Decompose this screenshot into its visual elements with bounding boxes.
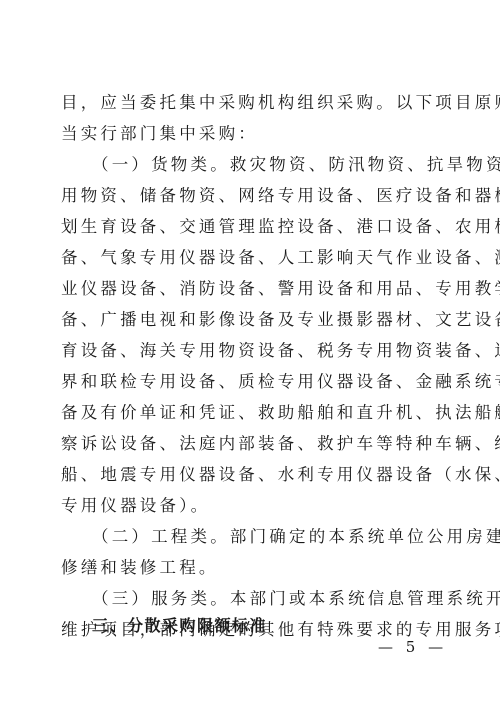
text-line: 当实行部门集中采购： xyxy=(61,124,441,144)
text-line: 专用仪器设备）。 xyxy=(61,496,441,516)
text-line: 察诉讼设备、法庭内部装备、救护车等特种车辆、缉私 xyxy=(61,434,441,454)
text-line: 界和联检专用设备、质检专用仪器设备、金融系统专用设 xyxy=(61,372,441,392)
text-line: 备、气象专用仪器设备、人工影响天气作业设备、测绘专 xyxy=(61,248,441,268)
text-line: 划生育设备、交通管理监控设备、港口设备、农用机械设 xyxy=(61,217,441,237)
goods-paragraph-first-line: （一）货物类。救灾物资、防汛物资、抗旱物资、农 xyxy=(92,155,441,175)
text-line: 船、地震专用仪器设备、水利专用仪器设备（水保、水文 xyxy=(61,465,441,485)
page-number: — 5 — xyxy=(378,638,447,656)
text-line: 目，应当委托集中采购机构组织采购。以下项目原则上应 xyxy=(61,93,441,113)
text-line: 修缮和装修工程。 xyxy=(61,558,441,578)
engineering-paragraph-first-line: （二）工程类。部门确定的本系统单位公用房建设及 xyxy=(92,527,441,547)
text-line: 育设备、海关专用物资设备、税务专用物资装备、边界勘 xyxy=(61,341,441,361)
text-line: 备及有价单证和凭证、救助船舶和直升机、执法船艇、检 xyxy=(61,403,441,423)
text-line: 用物资、储备物资、网络专用设备、医疗设备和器械、计 xyxy=(61,186,441,206)
section-heading: 三、分散采购限额标准 xyxy=(92,613,267,636)
document-page: 目，应当委托集中采购机构组织采购。以下项目原则上应 当实行部门集中采购： （一）… xyxy=(0,0,500,708)
services-paragraph-first-line: （三）服务类。本部门或本系统信息管理系统开发及 xyxy=(92,589,441,609)
text-line: 业仪器设备、消防设备、警用设备和用品、专用教学设 xyxy=(61,279,441,299)
text-line: 备、广播电视和影像设备及专业摄影器材、文艺设备、体 xyxy=(61,310,441,330)
